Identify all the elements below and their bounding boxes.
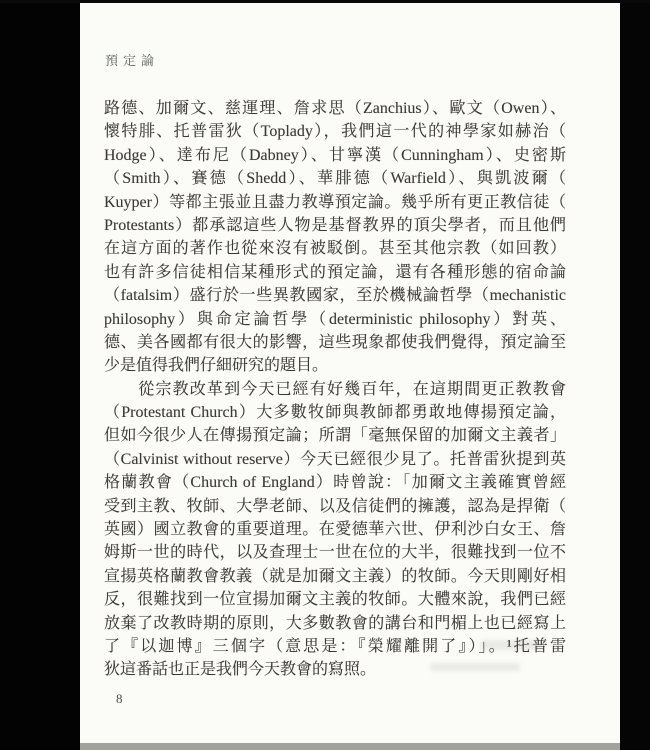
text-line: 路德、加爾文、慈運理、詹求思（Zanchius）、歐文（Owen）、 <box>104 97 566 120</box>
text-line: 反，很難找到一位宣揚加爾文主義的牧師。大體來說，我們已經 <box>104 588 566 611</box>
text-line: （Smith）、賽德（Shedd）、華腓德（Warfield）、與凱波爾（ <box>104 167 566 190</box>
text-line: 姆斯一世的時代，以及查理士一世在位的大半，很難找到一位不 <box>104 541 566 564</box>
text-line: 英國）國立教會的重要道理。在愛德華六世、伊利沙白女王、詹 <box>104 518 566 541</box>
text-line: 懷特腓、托普雷狄（Toplady），我們這一代的神學家如赫治（ <box>104 120 566 143</box>
text-line: philosophy）與命定論哲學（deterministic philosop… <box>104 308 566 331</box>
scan-border-top <box>0 0 650 3</box>
text-line: 少是值得我們仔細研究的題目。 <box>104 354 566 377</box>
body-text-block: 路德、加爾文、慈運理、詹求思（Zanchius）、歐文（Owen）、懷特腓、托普… <box>104 97 566 682</box>
text-line: 德、美各國都有很大的影響，這些現象都使我們覺得，預定論至 <box>104 331 566 354</box>
text-line: 宣揚英格蘭教會教義（就是加爾文主義）的牧師。今天則剛好相 <box>104 565 566 588</box>
text-line: 但如今很少人在傳揚預定論；所謂「毫無保留的加爾文主義者」 <box>104 424 566 447</box>
text-line: 從宗教改革到今天已經有好幾百年，在這期間更正教教會 <box>104 378 566 401</box>
text-line: 狄這番話也正是我們今天教會的寫照。 <box>104 658 566 681</box>
text-line: 格蘭教會（Church of England）時曾說：「加爾文主義確實曾經 <box>104 471 566 494</box>
text-line: Hodge）、達布尼（Dabney）、甘寧漢（Cunningham）、史密斯 <box>104 144 566 167</box>
text-line: 放棄了改教時期的原則，大多數教會的講台和門楣上也已經寫上 <box>104 612 566 635</box>
text-line: （Protestant Church）大多數牧師與教師都勇敢地傳揚預定論， <box>104 401 566 424</box>
running-head-title: 預定論 <box>105 50 159 69</box>
page-number: 8 <box>116 691 123 707</box>
scan-border-right <box>620 0 650 750</box>
scan-border-bottom <box>80 743 620 750</box>
text-line: （Calvinist without reserve）今天已經很少見了。托普雷狄… <box>104 448 566 471</box>
text-line: Kuyper）等都主張並且盡力教導預定論。幾乎所有更正教信徒（ <box>104 191 566 214</box>
text-line: 了『以迦博』三個字（意思是：『榮耀離開了』）」。¹托普雷 <box>104 635 566 658</box>
text-line: 也有許多信徒相信某種形式的預定論，還有各種形態的宿命論 <box>104 261 566 284</box>
text-line: 受到主教、牧師、大學老師、以及信徒們的擁護，認為是捍衛（ <box>104 495 566 518</box>
scan-border-left <box>0 0 80 750</box>
text-line: 在這方面的著作也從來沒有被駁倒。甚至其他宗教（如回教） <box>104 237 566 260</box>
scanned-book-page: 預定論 路德、加爾文、慈運理、詹求思（Zanchius）、歐文（Owen）、懷特… <box>0 0 650 750</box>
text-line: Protestants）都承認這些人物是基督教界的頂尖學者，而且他們 <box>104 214 566 237</box>
text-line: （fatalsim）盛行於一些異教國家，至於機械論哲學（mechanistic <box>104 284 566 307</box>
